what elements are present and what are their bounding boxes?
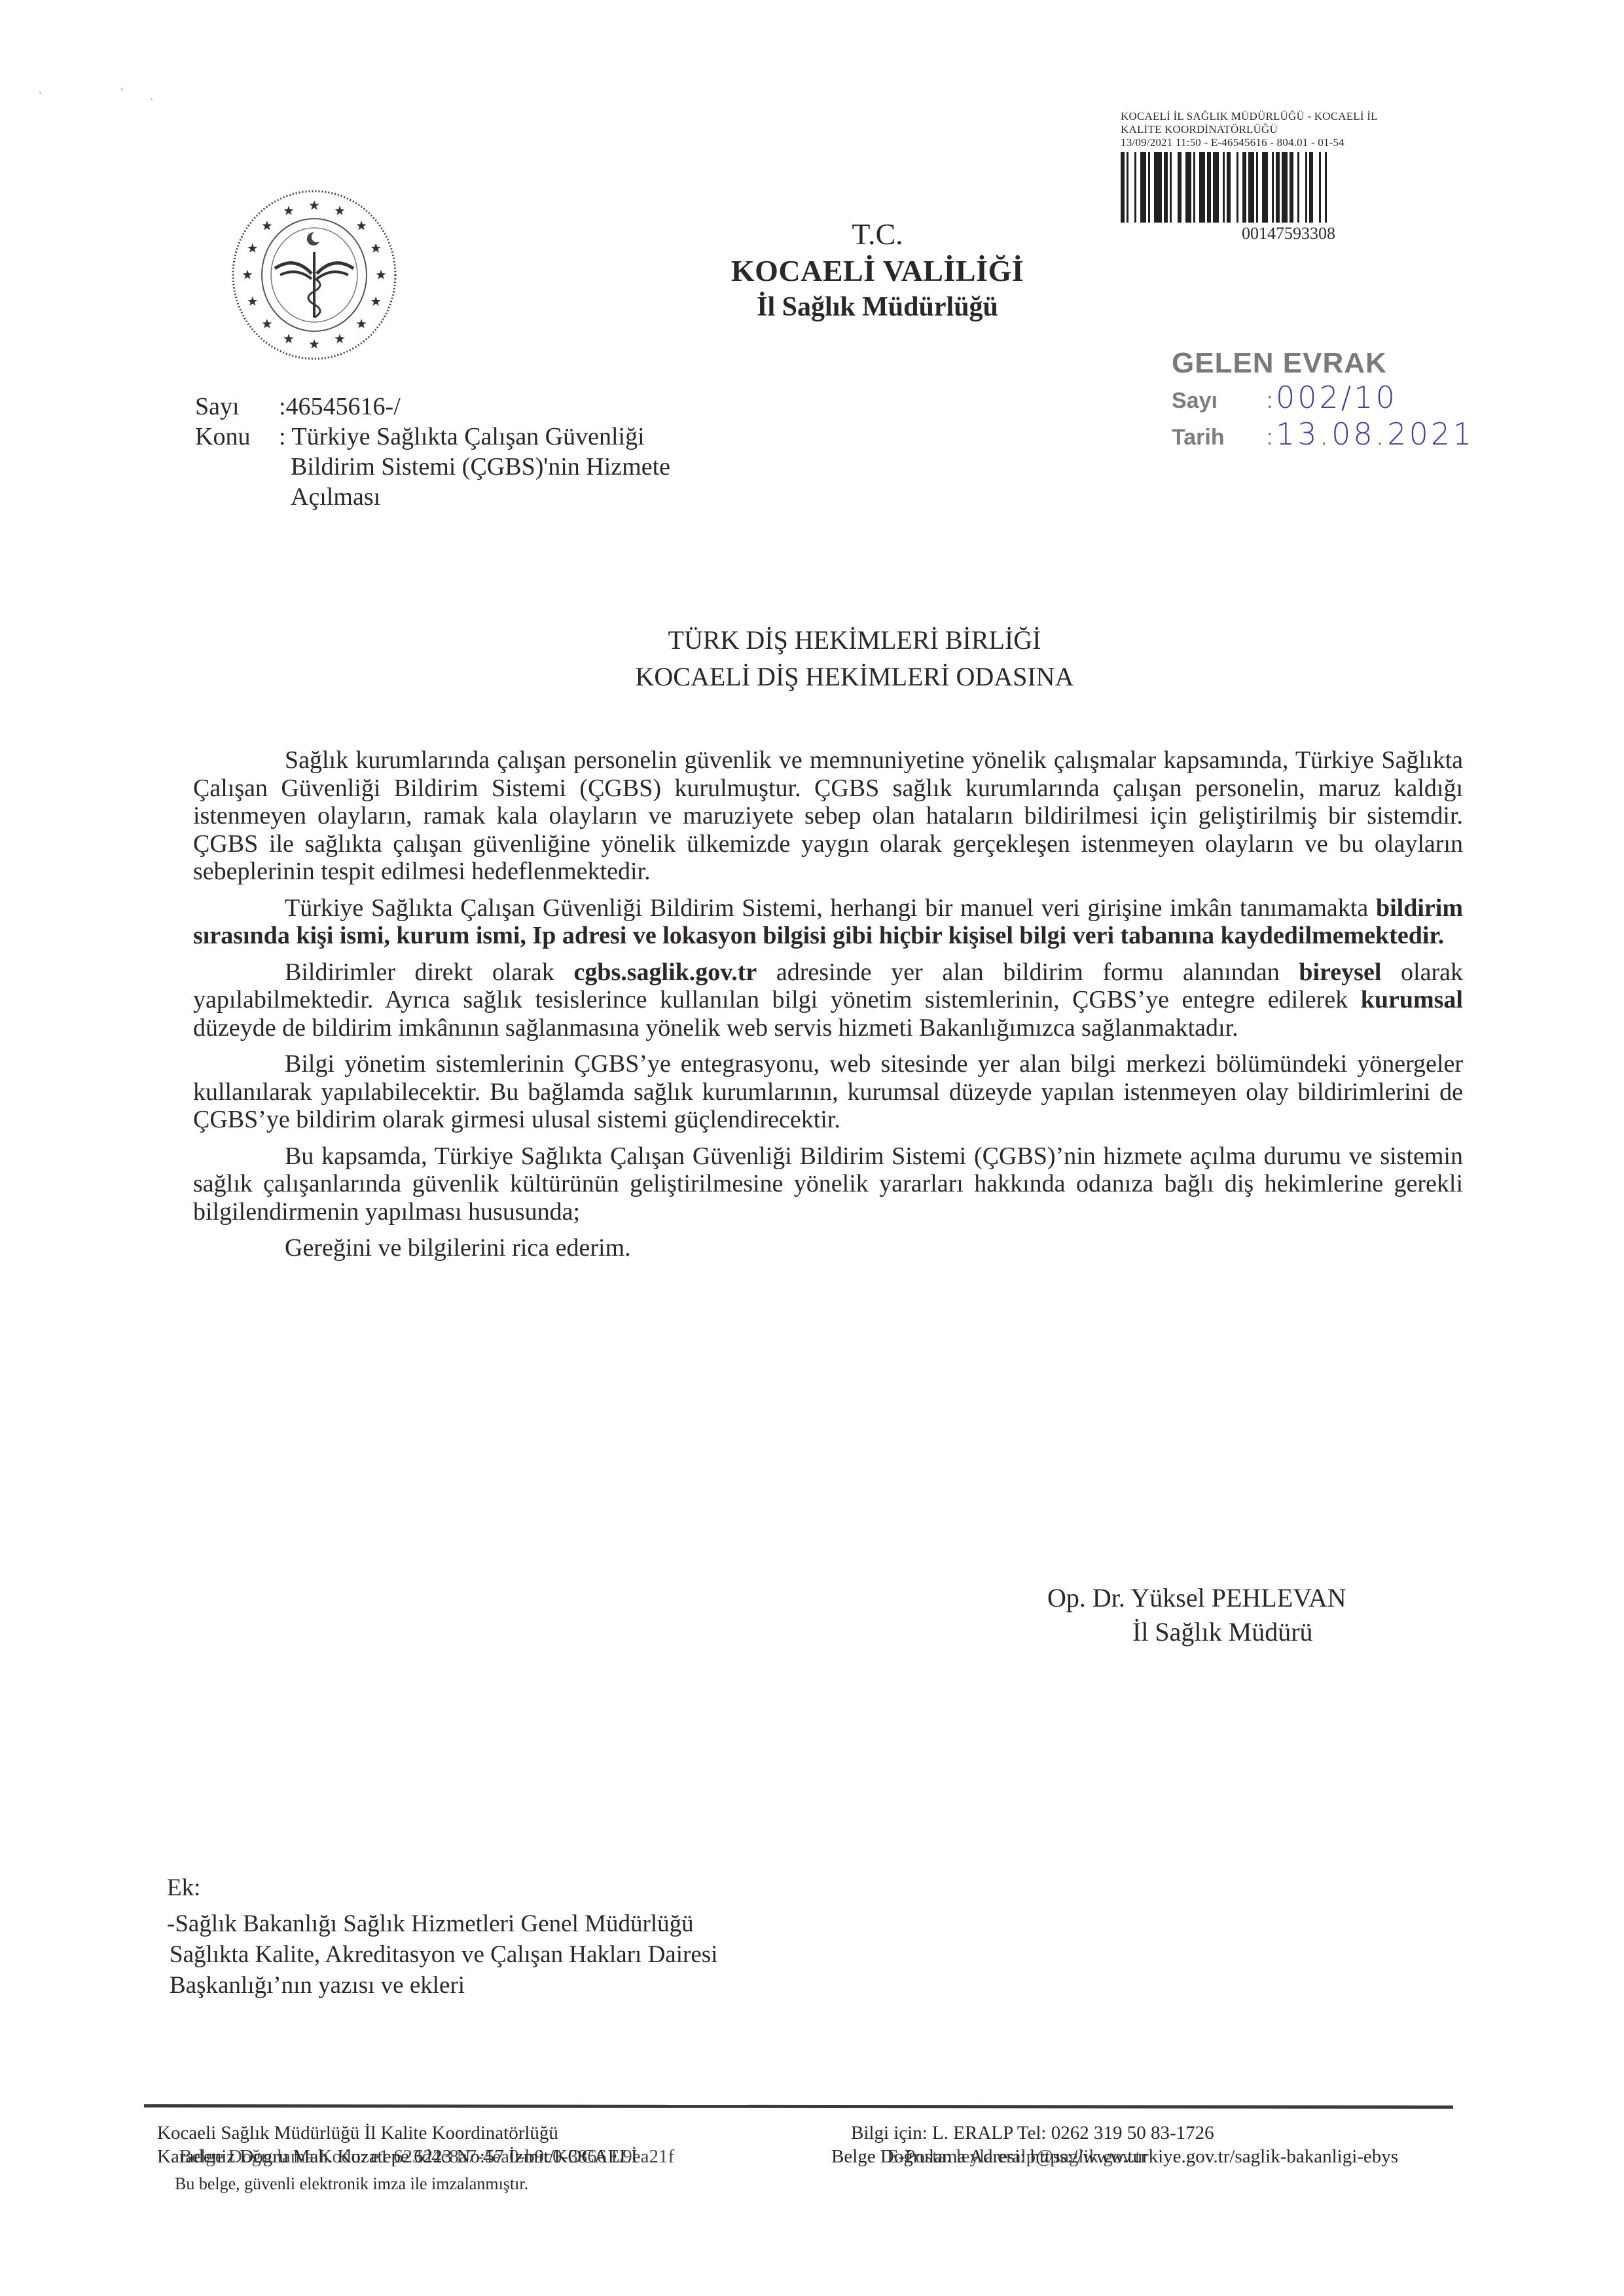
- footer-office: Kocaeli Sağlık Müdürlüğü İl Kalite Koord…: [157, 2121, 558, 2145]
- body-text: Bildirimler direkt olarak: [285, 958, 573, 986]
- body-paragraph-1: Sağlık kurumlarında çalışan personelin g…: [193, 746, 1463, 886]
- letter-body: Sağlık kurumlarında çalışan personelin g…: [193, 746, 1463, 1271]
- body-paragraph-3: Bildirimler direkt olarak cgbs.saglik.go…: [193, 958, 1463, 1042]
- footer-divider: [144, 2104, 1453, 2109]
- stamp-number-handwritten: 002/10: [1276, 380, 1398, 415]
- footer-address-overlap: Karadeniz Dogru Mah. Kozatepe 6223 No:57…: [157, 2145, 638, 2168]
- footer-contact: Bilgi için: L. ERALP Tel: 0262 319 50 83…: [851, 2121, 1214, 2145]
- barcode-org-line-2: KALİTE KOORDİNATÖRLÜĞÜ: [1121, 123, 1540, 136]
- footer-verification-code: Belge Doğrulama Kodu: e1 623d4c8a7-4ea0-…: [179, 2145, 674, 2168]
- letterhead: T.C. KOCAELİ VALİLİĞİ İl Sağlık Müdürlüğ…: [0, 216, 1624, 325]
- letterhead-governorship: KOCAELİ VALİLİĞİ: [131, 253, 1624, 289]
- attachments: Ek: -Sağlık Bakanlığı Sağlık Hizmetleri …: [167, 1872, 952, 2001]
- body-text: adresinde yer alan bildirim formu alanın…: [757, 958, 1299, 986]
- document-meta: Sayı :46545616-/ Konu : Türkiye Sağlıkta…: [195, 392, 850, 512]
- document-number-label: Sayı: [195, 392, 279, 422]
- letterhead-tc: T.C.: [131, 216, 1624, 253]
- document-number-value: :46545616-/: [279, 392, 850, 422]
- addressee: TÜRK DİŞ HEKİMLERİ BİRLİĞİ KOCAELİ DİŞ H…: [0, 622, 1624, 695]
- closing-line: Gereğini ve bilgilerini rica ederim.: [193, 1234, 1463, 1262]
- footer-verify-overlap: Belge Doğrulama Adresi: https://www.turk…: [831, 2145, 1398, 2168]
- stamp-date-label: Tarih: [1172, 425, 1267, 450]
- document-subject-value: : Türkiye Sağlıkta Çalışan Güvenliği Bil…: [279, 422, 850, 512]
- attachments-label: Ek:: [167, 1872, 952, 1903]
- barcode-org-line-1: KOCAELİ İL SAĞLIK MÜDÜRLÜĞÜ - KOCAELİ İL: [1121, 110, 1540, 123]
- stamp-number-label: Sayı: [1172, 388, 1267, 414]
- stamp-title: GELEN EVRAK: [1172, 347, 1479, 380]
- body-text: düzeyde de bildirim imkânının sağlanması…: [193, 1014, 1238, 1042]
- barcode-registry-line: 13/09/2021 11:50 - E-46545616 - 804.01 -…: [1121, 136, 1540, 149]
- signatory-title: İl Sağlık Müdürü: [1047, 1615, 1506, 1649]
- stamp-colon: :: [1267, 388, 1276, 414]
- stamp-date-handwritten: 13.08.2021: [1276, 416, 1474, 452]
- subject-line: : Türkiye Sağlıkta Çalışan Güvenliği: [279, 422, 850, 452]
- document-subject-label: Konu: [195, 422, 279, 512]
- letterhead-directorate: İl Sağlık Müdürlüğü: [131, 289, 1624, 325]
- body-paragraph-4: Bilgi yönetim sistemlerinin ÇGBS’ye ente…: [193, 1050, 1463, 1134]
- body-paragraph-5: Bu kapsamda, Türkiye Sağlıkta Çalışan Gü…: [193, 1142, 1463, 1226]
- barcode-icon: [1121, 152, 1513, 223]
- attachment-line: Başkanlığı’nın yazısı ve ekleri: [167, 1970, 952, 2001]
- subject-line: Açılması: [279, 482, 850, 512]
- signature-block: Op. Dr. Yüksel PEHLEVAN İl Sağlık Müdürü: [1047, 1581, 1506, 1649]
- attachment-line: Sağlıkta Kalite, Akreditasyon ve Çalışan…: [167, 1939, 952, 1970]
- incoming-document-stamp: GELEN EVRAK Sayı : 002/10 Tarih : 13.08.…: [1172, 347, 1479, 453]
- body-emphasis: bireysel: [1299, 958, 1381, 986]
- footer-email[interactable]: E-Posta: leyla.eralp@saglik.gov.tr: [887, 2145, 1147, 2168]
- document-subject-row: Konu : Türkiye Sağlıkta Çalışan Güvenliğ…: [195, 422, 850, 512]
- footer-esign-note: Bu belge, güvenli elektronik imza ile im…: [175, 2172, 528, 2196]
- body-text: Türkiye Sağlıkta Çalışan Güvenliği Bildi…: [285, 894, 1376, 922]
- attachment-line: -Sağlık Bakanlığı Sağlık Hizmetleri Gene…: [167, 1908, 952, 1939]
- body-paragraph-2: Türkiye Sağlıkta Çalışan Güvenliği Bildi…: [193, 894, 1463, 950]
- addressee-line-1: TÜRK DİŞ HEKİMLERİ BİRLİĞİ: [85, 622, 1624, 659]
- cgbs-website-link[interactable]: cgbs.saglik.gov.tr: [573, 958, 757, 986]
- body-emphasis: kurumsal: [1361, 986, 1463, 1013]
- subject-line: Bildirim Sistemi (ÇGBS)'nin Hizmete: [279, 452, 850, 482]
- signatory-name: Op. Dr. Yüksel PEHLEVAN: [1047, 1581, 1506, 1615]
- document-number-row: Sayı :46545616-/: [195, 392, 850, 422]
- stamp-colon: :: [1267, 425, 1276, 450]
- addressee-line-2: KOCAELİ DİŞ HEKİMLERİ ODASINA: [85, 659, 1624, 695]
